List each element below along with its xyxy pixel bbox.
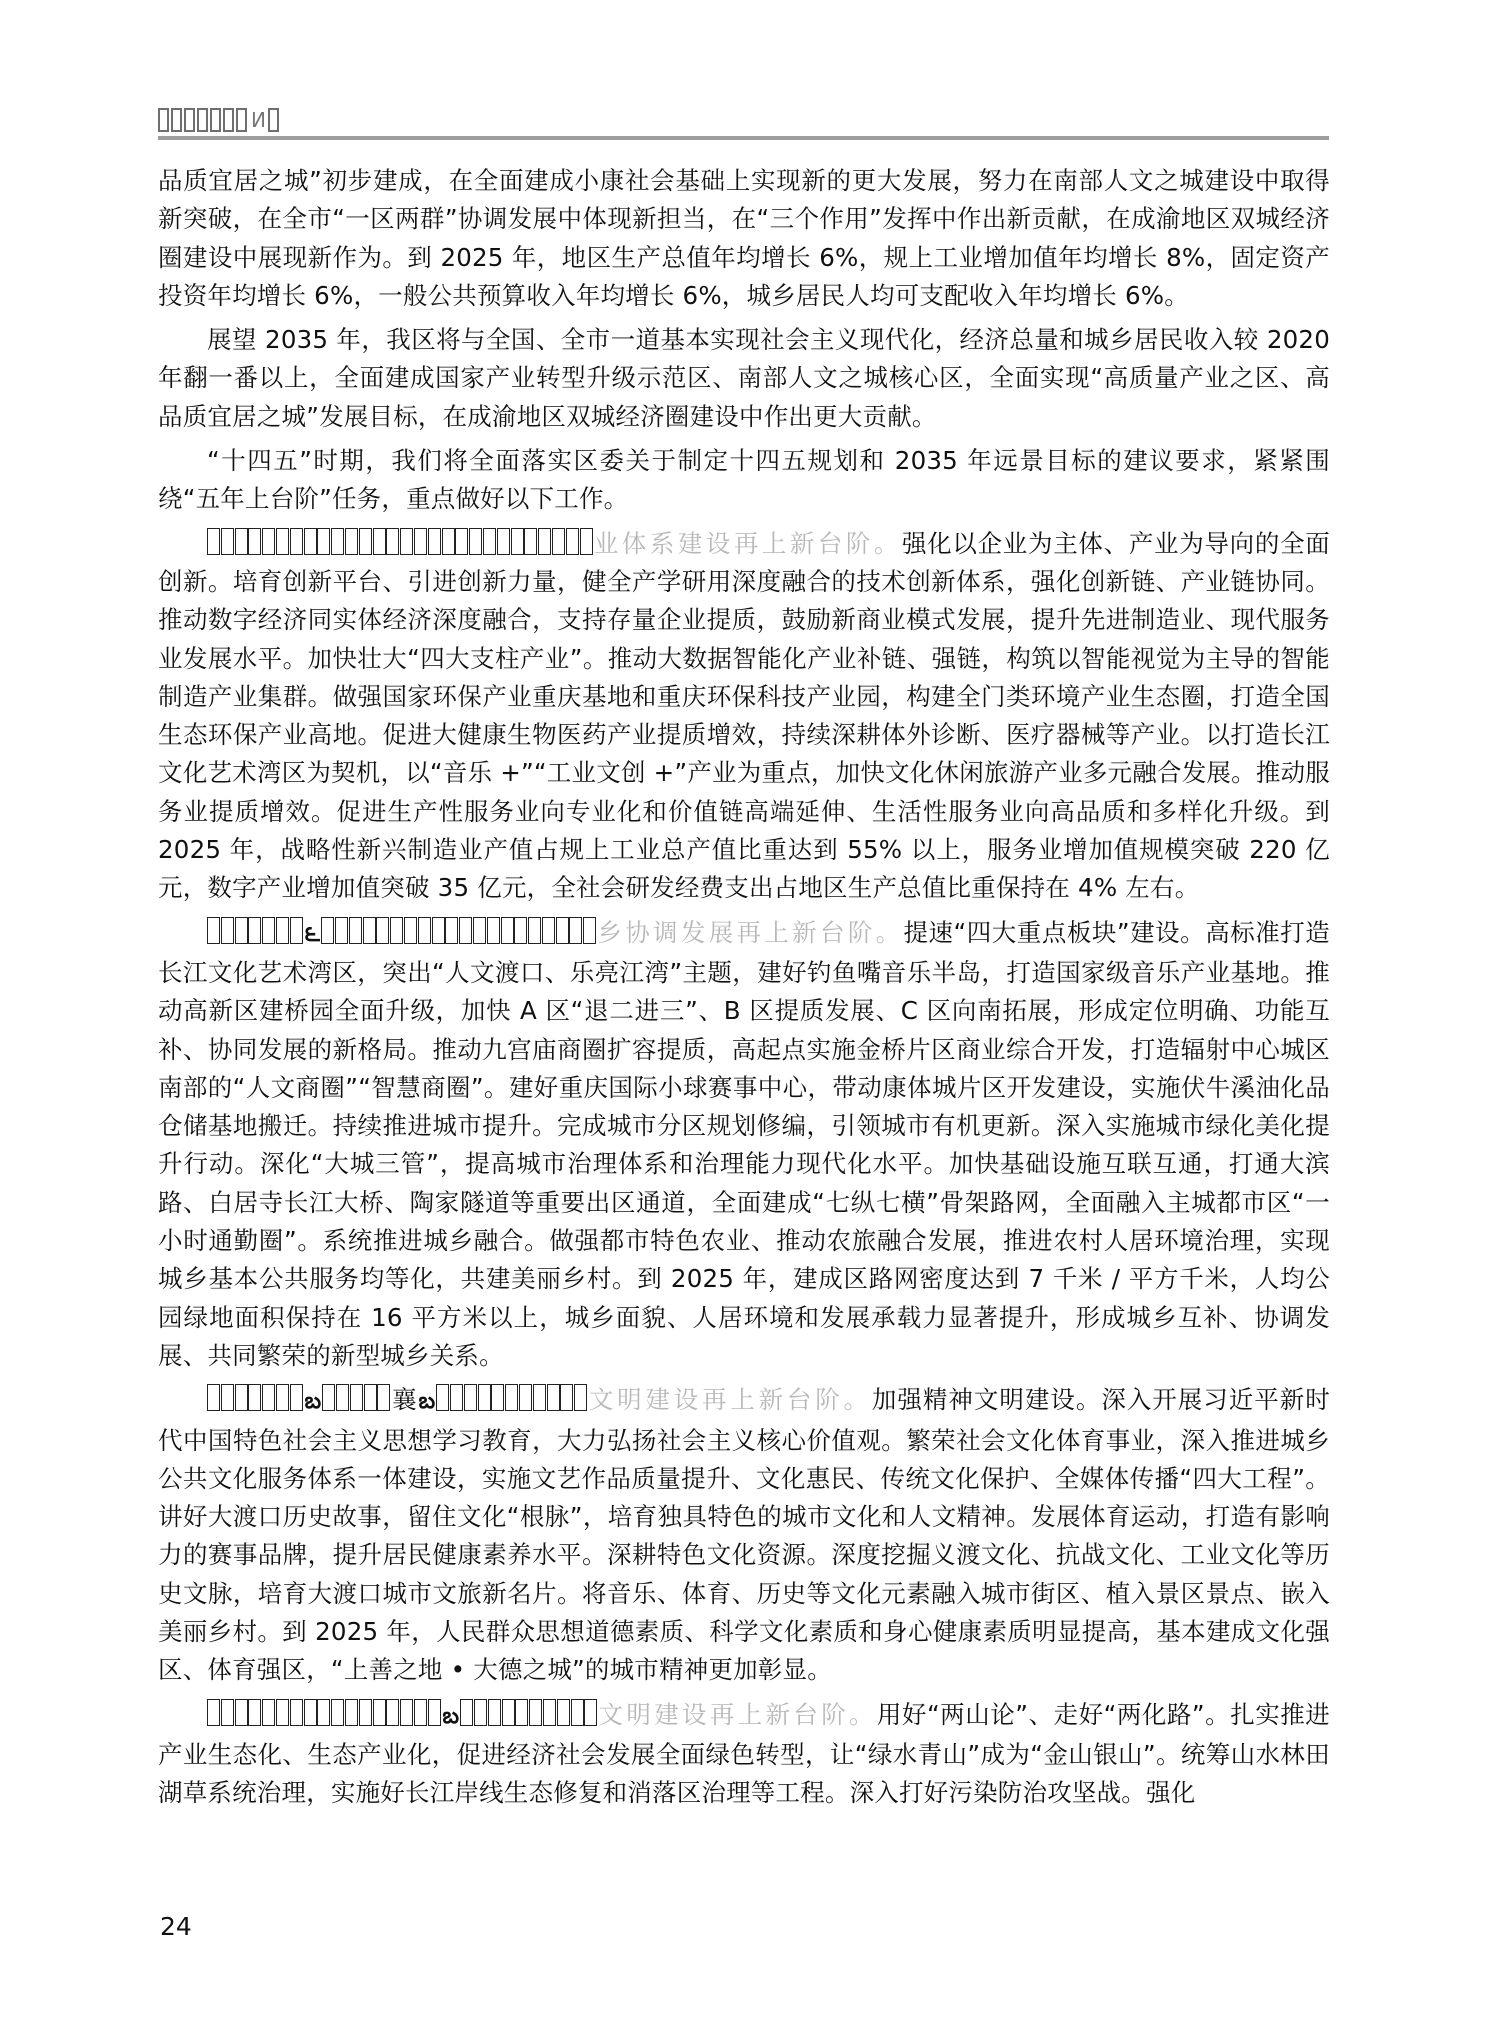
missing-glyph-box bbox=[428, 528, 441, 555]
missing-glyph-run bbox=[207, 917, 304, 944]
missing-glyph-box bbox=[514, 917, 527, 944]
paragraph-text: 提速“四大重点板块”建设。高标准打造长江文化艺术湾区，突出“人文渡口、乐亮江湾”… bbox=[158, 918, 1330, 1370]
missing-glyph-box bbox=[350, 1384, 363, 1411]
paragraph-text: 展望 2035 年，我区将与全国、全市一道基本实现社会主义现代化，经济总量和城乡… bbox=[158, 325, 1330, 431]
missing-glyph-box bbox=[543, 1699, 556, 1726]
missing-glyph-box bbox=[373, 1699, 386, 1726]
missing-glyph-box bbox=[574, 1384, 587, 1411]
missing-glyph-box bbox=[321, 917, 334, 944]
missing-glyph-box bbox=[580, 528, 593, 555]
missing-glyph-box bbox=[322, 1384, 335, 1411]
faded-heading-text: 业体系建设再上新台阶。 bbox=[593, 529, 902, 558]
paragraph-text: 品质宜居之城”初步建成，在全面建成小康社会基础上实现新的更大发展，努力在南部人文… bbox=[158, 166, 1330, 310]
missing-glyph-box bbox=[248, 1699, 261, 1726]
missing-glyph-box bbox=[268, 108, 279, 132]
stray-glyph: బ bbox=[305, 1389, 322, 1414]
missing-glyph-box bbox=[221, 528, 234, 555]
missing-glyph-box bbox=[538, 528, 551, 555]
missing-glyph-box bbox=[469, 528, 482, 555]
missing-glyph-box bbox=[487, 917, 500, 944]
missing-glyph-box bbox=[184, 108, 195, 132]
missing-glyph-box bbox=[583, 917, 596, 944]
missing-glyph-box bbox=[276, 1699, 289, 1726]
missing-glyph-box bbox=[445, 917, 458, 944]
missing-glyph-box bbox=[386, 1699, 399, 1726]
missing-glyph-box bbox=[276, 917, 289, 944]
missing-glyph-box bbox=[331, 1699, 344, 1726]
missing-glyph-box bbox=[478, 1384, 491, 1411]
missing-glyph-run bbox=[321, 917, 597, 944]
missing-glyph-box bbox=[418, 917, 431, 944]
missing-glyph-box bbox=[515, 1699, 528, 1726]
missing-glyph-box bbox=[473, 917, 486, 944]
faded-heading-text: 文明建设再上新台阶。 bbox=[598, 1700, 877, 1729]
missing-glyph-box bbox=[464, 1384, 477, 1411]
missing-glyph-box bbox=[386, 528, 399, 555]
missing-glyph-box bbox=[547, 1384, 560, 1411]
faded-heading-text: 乡协调发展再上新台阶。 bbox=[597, 918, 903, 947]
missing-glyph-box bbox=[557, 1699, 570, 1726]
missing-glyph-box bbox=[335, 917, 348, 944]
missing-glyph-box bbox=[404, 917, 417, 944]
missing-glyph-box bbox=[290, 1384, 303, 1411]
section-heading-garbled: 业体系建设再上新台阶。 bbox=[207, 529, 902, 558]
missing-glyph-run bbox=[207, 1384, 304, 1411]
missing-glyph-box bbox=[262, 1384, 275, 1411]
stray-glyph: బ bbox=[419, 1389, 436, 1414]
paragraph-text: 强化以企业为主体、产业为导向的全面创新。培育创新平台、引进创新力量，健全产学研用… bbox=[158, 529, 1330, 903]
missing-glyph-box bbox=[276, 528, 289, 555]
missing-glyph-box bbox=[336, 1384, 349, 1411]
missing-glyph-box bbox=[483, 528, 496, 555]
missing-glyph-box bbox=[428, 1699, 441, 1726]
missing-glyph-box bbox=[376, 917, 389, 944]
missing-glyph-box bbox=[560, 1384, 573, 1411]
missing-glyph-box bbox=[364, 1384, 377, 1411]
missing-glyph-box bbox=[571, 1699, 584, 1726]
missing-glyph-box bbox=[304, 528, 317, 555]
missing-glyph-box bbox=[235, 917, 248, 944]
missing-glyph-box bbox=[290, 528, 303, 555]
missing-glyph-box bbox=[491, 1384, 504, 1411]
missing-glyph-box bbox=[505, 1384, 518, 1411]
missing-glyph-box bbox=[511, 528, 524, 555]
missing-glyph-box bbox=[236, 108, 247, 132]
missing-glyph-box bbox=[262, 528, 275, 555]
missing-glyph-box bbox=[488, 1699, 501, 1726]
paragraph-culture: బ襄బ文明建设再上新台阶。加强精神文明建设。深入开展习近平新时代中国特色社会主义… bbox=[158, 1381, 1330, 1689]
missing-glyph-box bbox=[210, 108, 221, 132]
missing-glyph-box bbox=[432, 917, 445, 944]
missing-glyph-box bbox=[158, 108, 169, 132]
missing-glyph-box bbox=[552, 528, 565, 555]
missing-glyph-box bbox=[345, 1699, 358, 1726]
missing-glyph-box bbox=[248, 528, 261, 555]
missing-glyph-box bbox=[223, 108, 234, 132]
running-head: И bbox=[158, 106, 281, 134]
missing-glyph-box bbox=[497, 528, 510, 555]
stray-glyph: 襄 bbox=[391, 1385, 417, 1414]
missing-glyph-box bbox=[528, 917, 541, 944]
missing-glyph-box bbox=[414, 1699, 427, 1726]
missing-glyph-box bbox=[197, 108, 208, 132]
paragraph-14th-five-year: “十四五”时期，我们将全面落实区委关于制定十四五规划和 2035 年远景目标的建… bbox=[158, 442, 1330, 519]
missing-glyph-box bbox=[569, 917, 582, 944]
paragraph-urban-rural: ౬乡协调发展再上新台阶。提速“四大重点板块”建设。高标准打造长江文化艺术湾区，突… bbox=[158, 914, 1330, 1376]
missing-glyph-box bbox=[436, 1384, 449, 1411]
missing-glyph-box bbox=[501, 917, 514, 944]
page-number: 24 bbox=[160, 1912, 192, 1941]
missing-glyph-box bbox=[533, 1384, 546, 1411]
stray-glyph: ౬ bbox=[305, 922, 321, 947]
missing-glyph-box bbox=[207, 1699, 220, 1726]
missing-glyph-box bbox=[442, 528, 455, 555]
missing-glyph-box bbox=[171, 108, 182, 132]
missing-glyph-box bbox=[221, 917, 234, 944]
missing-glyph-box bbox=[207, 528, 220, 555]
missing-glyph-box bbox=[455, 528, 468, 555]
body-text: 品质宜居之城”初步建成，在全面建成小康社会基础上实现新的更大发展，努力在南部人文… bbox=[158, 162, 1330, 1812]
section-heading-garbled: బ襄బ文明建设再上新台阶。 bbox=[207, 1385, 872, 1414]
missing-glyph-box bbox=[400, 1699, 413, 1726]
missing-glyph-box bbox=[290, 1699, 303, 1726]
missing-glyph-box bbox=[359, 1699, 372, 1726]
missing-glyph-box bbox=[529, 1699, 542, 1726]
missing-glyph-box bbox=[390, 917, 403, 944]
missing-glyph-box bbox=[276, 1384, 289, 1411]
missing-glyph-run bbox=[460, 1699, 598, 1726]
missing-glyph-run bbox=[436, 1384, 588, 1411]
missing-glyph-box bbox=[363, 917, 376, 944]
missing-glyph-box bbox=[524, 528, 537, 555]
missing-glyph-run bbox=[207, 1699, 442, 1726]
missing-glyph-box bbox=[207, 917, 220, 944]
missing-glyph-box bbox=[317, 528, 330, 555]
stray-glyph: బ bbox=[443, 1704, 460, 1729]
missing-glyph-box bbox=[248, 1384, 261, 1411]
missing-glyph-run bbox=[322, 1384, 391, 1411]
missing-glyph-box bbox=[414, 528, 427, 555]
missing-glyph-box bbox=[377, 1384, 390, 1411]
missing-glyph-box bbox=[221, 1699, 234, 1726]
missing-glyph-box bbox=[235, 528, 248, 555]
missing-glyph-box bbox=[221, 1384, 234, 1411]
missing-glyph-box bbox=[304, 1699, 317, 1726]
missing-glyph-box bbox=[359, 528, 372, 555]
missing-glyph-box bbox=[235, 1699, 248, 1726]
missing-glyph-box bbox=[235, 1384, 248, 1411]
missing-glyph-box bbox=[519, 1384, 532, 1411]
missing-glyph-box bbox=[584, 1699, 597, 1726]
missing-glyph-box bbox=[248, 917, 261, 944]
missing-glyph-box bbox=[290, 917, 303, 944]
faded-heading-text: 文明建设再上新台阶。 bbox=[588, 1385, 872, 1414]
paragraph-outlook-2035: 展望 2035 年，我区将与全国、全市一道基本实现社会主义现代化，经济总量和城乡… bbox=[158, 321, 1330, 436]
missing-glyph-box bbox=[556, 917, 569, 944]
missing-glyph-box bbox=[373, 528, 386, 555]
missing-glyph-run bbox=[207, 528, 593, 555]
paragraph-goals-2025: 品质宜居之城”初步建成，在全面建成小康社会基础上实现新的更大发展，努力在南部人文… bbox=[158, 162, 1330, 315]
missing-glyph-box bbox=[262, 1699, 275, 1726]
section-heading-garbled: బ文明建设再上新台阶。 bbox=[207, 1700, 877, 1729]
missing-glyph-box bbox=[460, 1699, 473, 1726]
missing-glyph-box bbox=[262, 917, 275, 944]
paragraph-text: “十四五”时期，我们将全面落实区委关于制定十四五规划和 2035 年远景目标的建… bbox=[158, 446, 1330, 513]
missing-glyph-box bbox=[345, 528, 358, 555]
paragraph-text: 加强精神文明建设。深入开展习近平新时代中国特色社会主义思想学习教育，大力弘扬社会… bbox=[158, 1385, 1330, 1684]
missing-glyph-box bbox=[542, 917, 555, 944]
missing-glyph-box bbox=[566, 528, 579, 555]
header-rule bbox=[158, 136, 1329, 140]
missing-glyph-box bbox=[331, 528, 344, 555]
section-heading-garbled: ౬乡协调发展再上新台阶。 bbox=[207, 918, 903, 947]
missing-glyph-box bbox=[317, 1699, 330, 1726]
paragraph-ecology: బ文明建设再上新台阶。用好“两山论”、走好“两化路”。扎实推进产业生态化、生态产… bbox=[158, 1696, 1330, 1813]
paragraph-industry: 业体系建设再上新台阶。强化以企业为主体、产业为导向的全面创新。培育创新平台、引进… bbox=[158, 525, 1330, 908]
running-head-glyph: И bbox=[251, 108, 266, 132]
missing-glyph-box bbox=[502, 1699, 515, 1726]
missing-glyph-box bbox=[349, 917, 362, 944]
missing-glyph-box bbox=[450, 1384, 463, 1411]
missing-glyph-box bbox=[474, 1699, 487, 1726]
missing-glyph-box bbox=[459, 917, 472, 944]
missing-glyph-box bbox=[207, 1384, 220, 1411]
missing-glyph-box bbox=[400, 528, 413, 555]
